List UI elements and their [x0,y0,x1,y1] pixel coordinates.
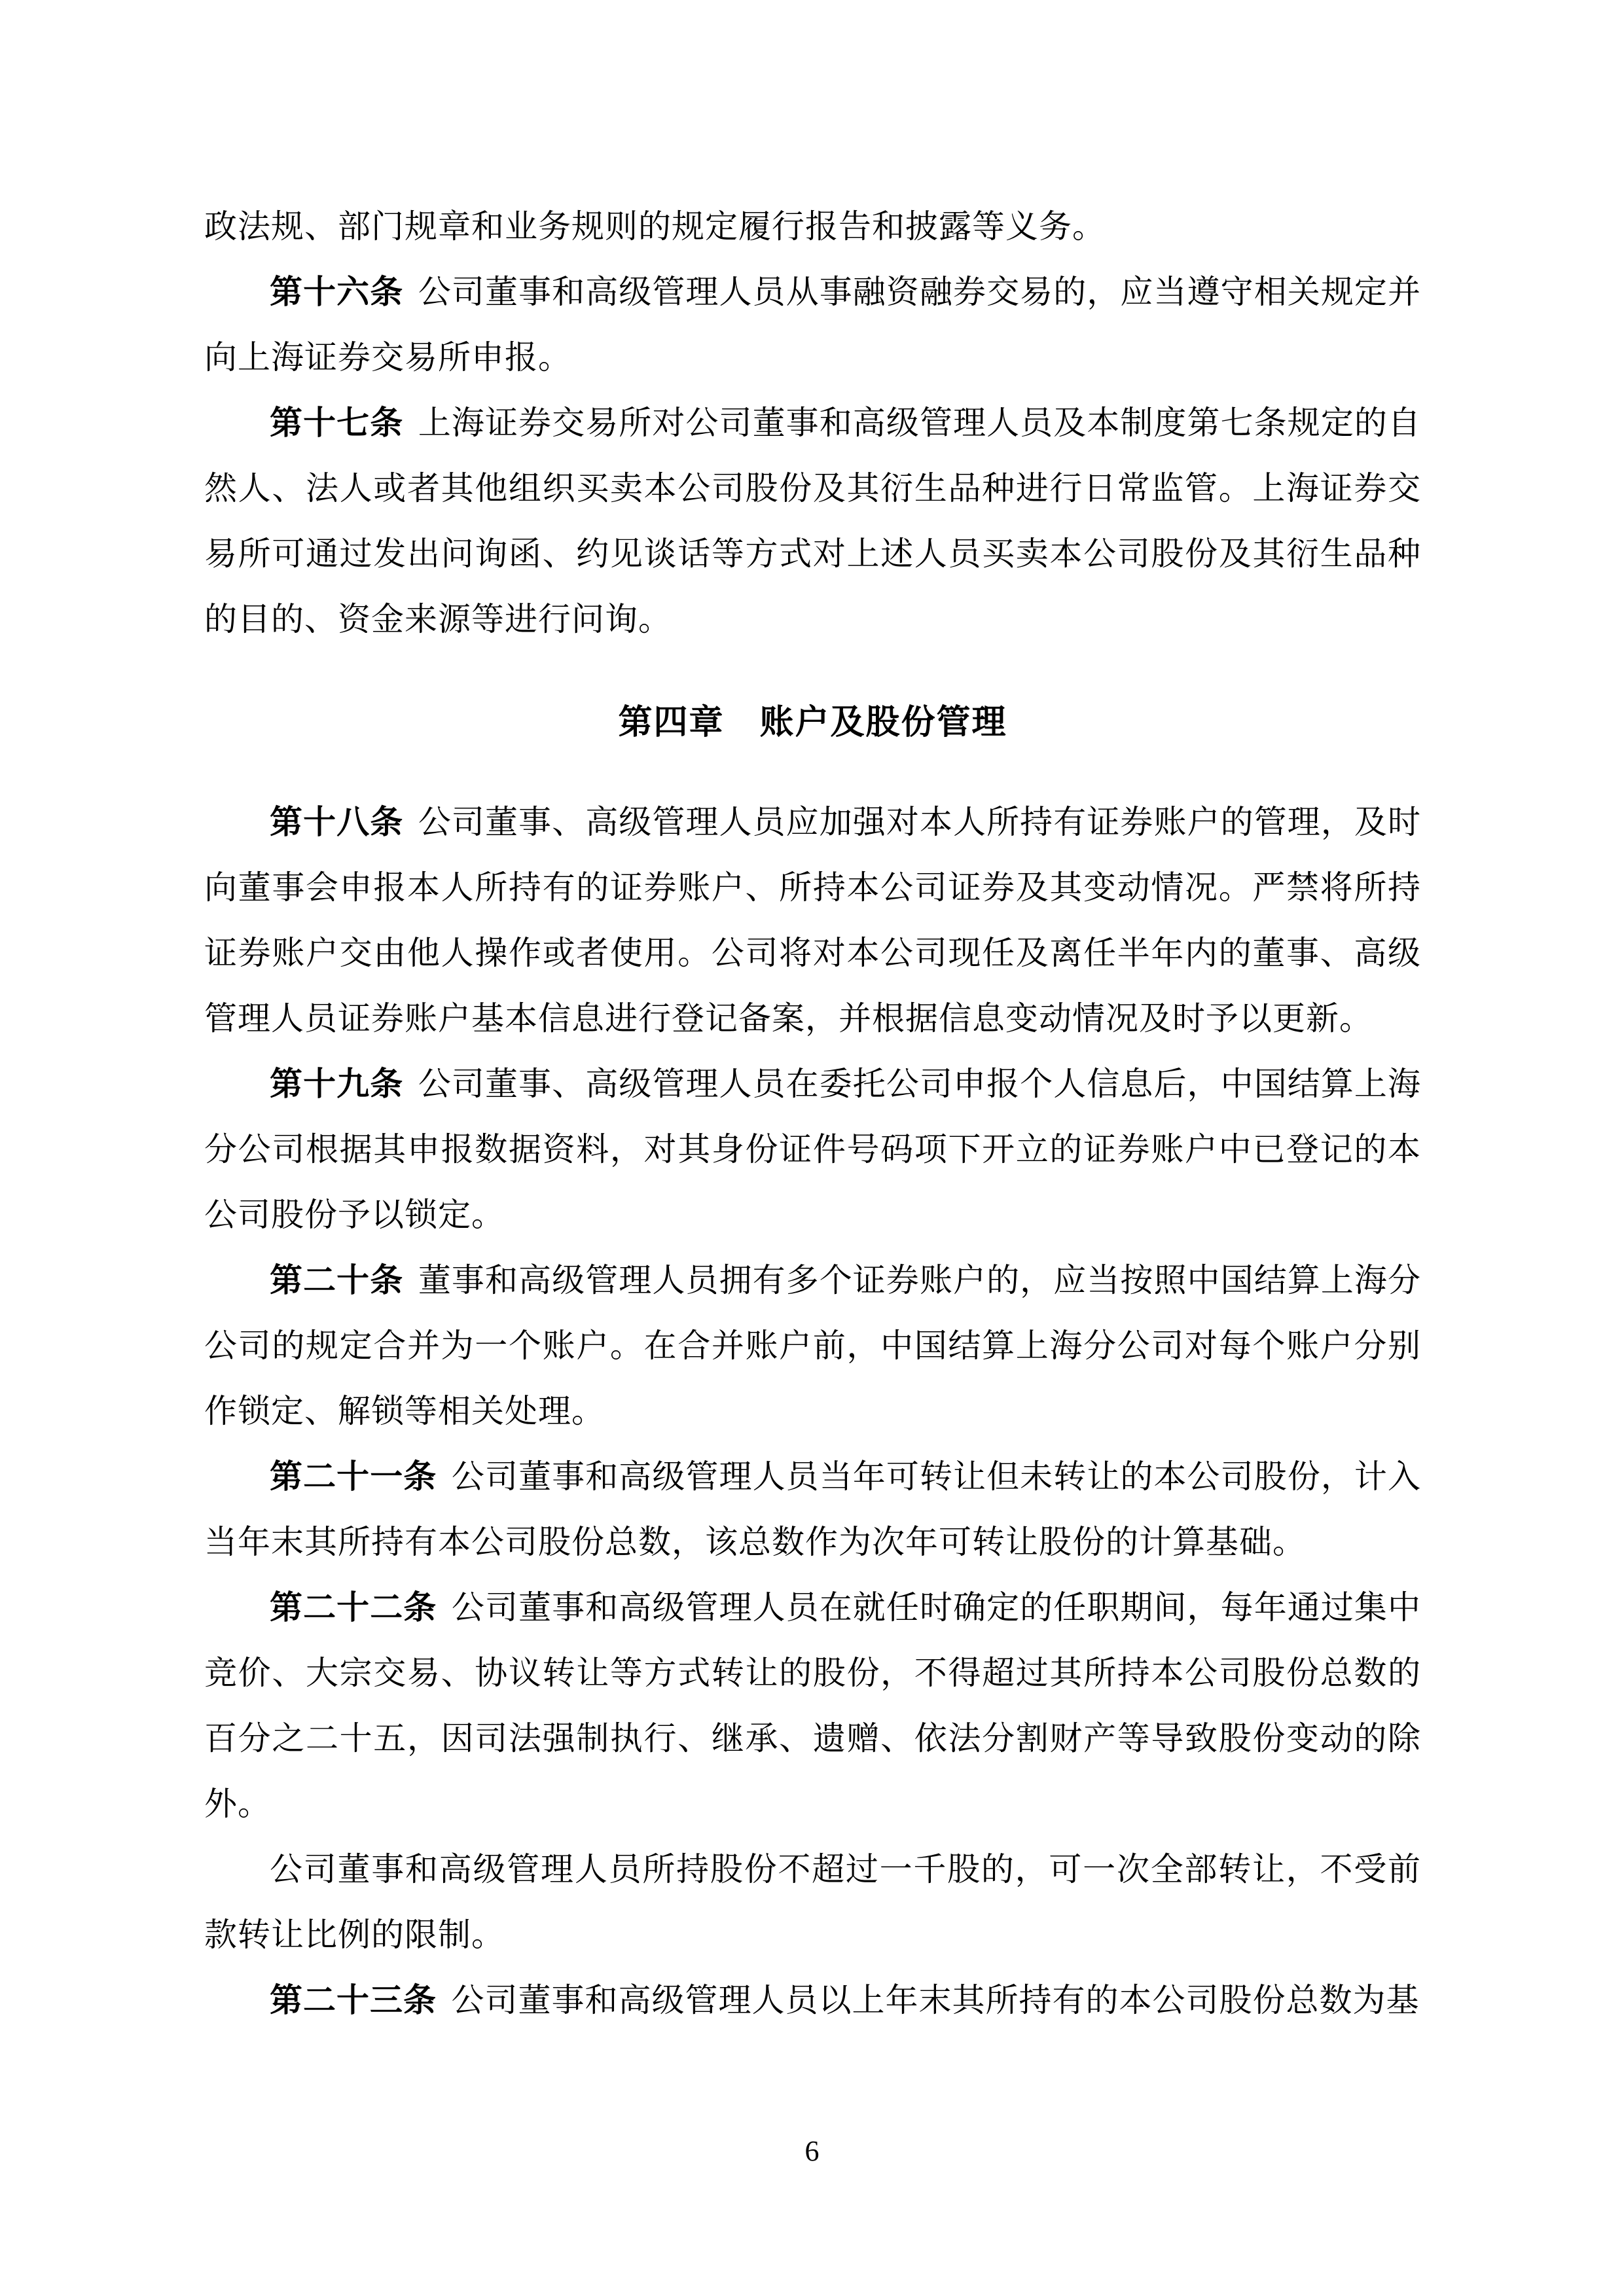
article-21-paragraph: 第二十一条公司董事和高级管理人员当年可转让但未转让的本公司股份，计入当年末其所持… [204,1444,1421,1575]
article-18-label: 第十八条 [270,804,403,840]
article-16-paragraph: 第十六条公司董事和高级管理人员从事融资融券交易的，应当遵守相关规定并向上海证券交… [204,259,1421,390]
article-17-label: 第十七条 [270,404,403,441]
article-20-label: 第二十条 [270,1262,403,1299]
article-23-paragraph: 第二十三条公司董事和高级管理人员以上年末其所持有的本公司股份总数为基 [204,1967,1421,2033]
article-18-paragraph: 第十八条公司董事、高级管理人员应加强对本人所持有证券账户的管理，及时向董事会申报… [204,789,1421,1051]
article-22-label: 第二十二条 [270,1589,437,1626]
article-19-label: 第十九条 [270,1066,403,1102]
article-22-paragraph: 第二十二条公司董事和高级管理人员在就任时确定的任职期间，每年通过集中竞价、大宗交… [204,1575,1421,1837]
article-16-label: 第十六条 [270,274,403,310]
article-22-subparagraph: 公司董事和高级管理人员所持股份不超过一千股的，可一次全部转让，不受前款转让比例的… [204,1837,1421,1967]
article-20-paragraph: 第二十条董事和高级管理人员拥有多个证券账户的，应当按照中国结算上海分公司的规定合… [204,1247,1421,1444]
article-23-text: 公司董事和高级管理人员以上年末其所持有的本公司股份总数为基 [452,1982,1420,2018]
page-number: 6 [805,2135,820,2167]
document-content: 政法规、部门规章和业务规则的规定履行报告和披露等义务。 第十六条公司董事和高级管… [204,194,1421,2033]
document-page: 政法规、部门规章和业务规则的规定履行报告和披露等义务。 第十六条公司董事和高级管… [0,0,1624,2296]
article-21-label: 第二十一条 [270,1458,437,1495]
chapter-heading: 第四章 账户及股份管理 [204,690,1421,755]
article-19-paragraph: 第十九条公司董事、高级管理人员在委托公司申报个人信息后，中国结算上海分公司根据其… [204,1051,1421,1247]
article-17-paragraph: 第十七条上海证券交易所对公司董事和高级管理人员及本制度第七条规定的自然人、法人或… [204,390,1421,652]
paragraph-continuation: 政法规、部门规章和业务规则的规定履行报告和披露等义务。 [204,194,1421,259]
article-23-label: 第二十三条 [270,1982,437,2018]
page-footer: 6 [0,2134,1624,2168]
